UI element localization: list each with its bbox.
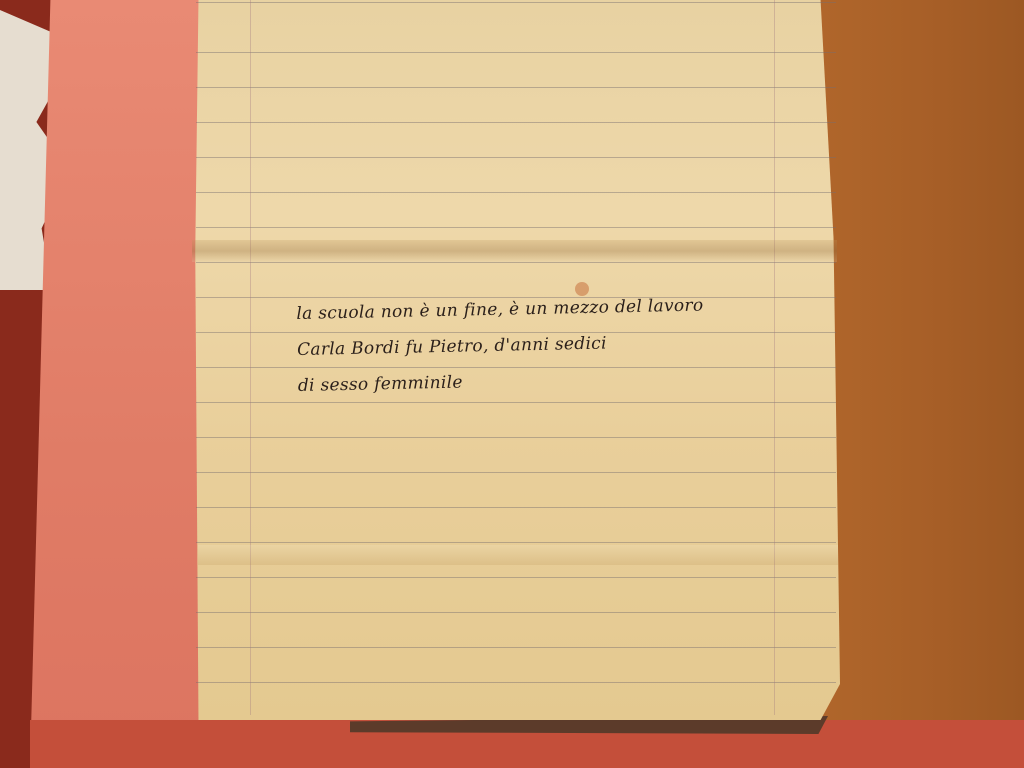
paper-lower-crease xyxy=(198,545,838,565)
left-margin-line xyxy=(250,0,251,715)
paper-fold-crease xyxy=(192,240,837,262)
brown-cardboard-folder xyxy=(820,0,1024,725)
handwritten-note: la scuola non è un fine, è un mezzo del … xyxy=(296,285,818,404)
